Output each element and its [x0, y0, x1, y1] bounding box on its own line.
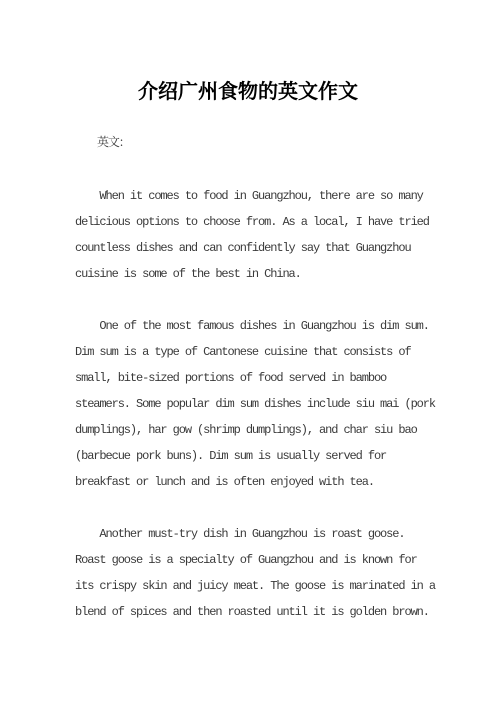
section-label: 英文： — [75, 130, 465, 156]
paragraph-line: (barbecue pork buns). Dim sum is usually… — [75, 443, 465, 469]
paragraph-line: dumplings), har gow (shrimp dumplings), … — [75, 417, 465, 443]
paragraph-line: Roast goose is a specialty of Guangzhou … — [75, 547, 465, 573]
document-title: 介绍广州食物的英文作文 — [0, 78, 496, 106]
essay-paragraphs: When it comes to food in Guangzhou, ther… — [75, 183, 465, 625]
paragraph-line: Another must-try dish in Guangzhou is ro… — [75, 521, 465, 547]
paragraph-line: Dim sum is a type of Cantonese cuisine t… — [75, 339, 465, 365]
paragraph-line: blend of spices and then roasted until i… — [75, 599, 465, 625]
document-page: 介绍广州食物的英文作文 英文： When it comes to food in… — [0, 0, 496, 702]
paragraph-line: steamers. Some popular dim sum dishes in… — [75, 391, 465, 417]
paragraph: Another must-try dish in Guangzhou is ro… — [75, 521, 465, 625]
paragraph-line: its crispy skin and juicy meat. The goos… — [75, 573, 465, 599]
paragraph-line: When it comes to food in Guangzhou, ther… — [75, 183, 465, 209]
document-body: 英文： When it comes to food in Guangzhou, … — [75, 130, 465, 625]
paragraph-line: countless dishes and can confidently say… — [75, 235, 465, 261]
paragraph-line: delicious options to choose from. As a l… — [75, 209, 465, 235]
paragraph-line: small, bite-sized portions of food serve… — [75, 365, 465, 391]
paragraph-line: cuisine is some of the best in China. — [75, 261, 465, 287]
paragraph-line: One of the most famous dishes in Guangzh… — [75, 313, 465, 339]
paragraph-line: breakfast or lunch and is often enjoyed … — [75, 469, 465, 495]
paragraph: When it comes to food in Guangzhou, ther… — [75, 183, 465, 287]
paragraph: One of the most famous dishes in Guangzh… — [75, 313, 465, 495]
